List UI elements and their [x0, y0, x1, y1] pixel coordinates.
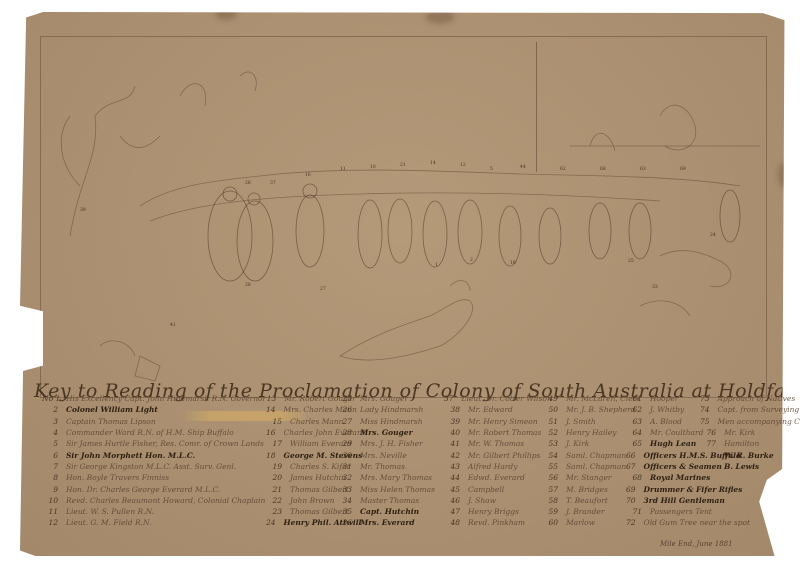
- svg-text:16: 16: [305, 172, 311, 178]
- svg-text:12: 12: [460, 162, 466, 168]
- entry-name: Henry Hailey: [566, 428, 617, 437]
- key-column-3: 25Mrs. Gouger 26Lady Hindmarsh 27Miss Hi…: [336, 393, 436, 529]
- entry-name: Mrs. Everard: [360, 518, 415, 527]
- entry-number: 17: [266, 439, 282, 448]
- entry-name: Mr. Stanger: [566, 473, 612, 482]
- entry-name: Approach of Natives: [718, 394, 796, 403]
- entry-name: Miss Helen Thomas: [360, 485, 435, 494]
- entry-name: Mrs. Mary Thomas: [360, 473, 432, 482]
- entry-number: 15: [266, 417, 282, 426]
- key-entry: 27Miss Hindmarsh: [336, 416, 436, 427]
- key-column-7: 73Approach of Natives 74Capt. from Surve…: [700, 393, 780, 472]
- entry-number: 21: [266, 485, 282, 494]
- entry-name: Mr. Coulthard: [650, 428, 703, 437]
- svg-text:1: 1: [435, 262, 438, 268]
- entry-name: Old Gum Tree near the spot: [644, 518, 750, 527]
- key-entry: 31Mr. Thomas: [336, 461, 436, 472]
- key-entry: 38Mr. Edward: [444, 404, 544, 415]
- entry-name: J. Smith: [566, 417, 596, 426]
- entry-name: 3rd Hill Gentleman: [644, 496, 725, 505]
- entry-number: 63: [626, 417, 642, 426]
- entry-name: Mr. Kirk: [724, 428, 755, 437]
- signature-note: Mile End, June 1881: [660, 540, 733, 548]
- key-entry: 11Lieut. W. S. Pullen R.N.: [42, 506, 292, 517]
- entry-name: Mrs. Gouger: [360, 394, 408, 403]
- entry-name: Lady Hindmarsh: [360, 405, 423, 414]
- key-entry: 28Mrs. Gouger: [336, 427, 436, 438]
- entry-number: 55: [542, 462, 558, 471]
- svg-text:28: 28: [245, 282, 251, 288]
- entry-name: Marlow: [566, 518, 595, 527]
- entry-name: Colonel William Light: [66, 405, 158, 414]
- key-entry: 69Drummer & Fifer Rifles: [626, 483, 716, 494]
- entry-number: 40: [444, 428, 460, 437]
- key-entry: 6Sir John Morphett Hon. M.L.C.: [42, 449, 292, 460]
- key-entry: 3Captain Thomas Lipson: [42, 416, 292, 427]
- key-entry: 42Mr. Gilbert Phillips: [444, 449, 544, 460]
- entry-number: 46: [444, 496, 460, 505]
- entry-number: 13: [266, 394, 276, 403]
- key-entry: No 1His Excellency Capt. John Hindmarsh …: [42, 393, 292, 404]
- entry-number: 74: [700, 405, 710, 414]
- entry-name: J. Whitby: [650, 405, 684, 414]
- entry-number: 41: [444, 439, 460, 448]
- entry-number: 18: [266, 451, 276, 460]
- entry-name: Revd. Pinkham: [468, 518, 525, 527]
- entry-name: Alfred Hardy: [468, 462, 517, 471]
- key-entry: 75Men accompanying Colonists: [700, 416, 780, 427]
- key-entry: 76Mr. Kirk: [700, 427, 780, 438]
- svg-text:18: 18: [510, 260, 516, 266]
- entry-number: 57: [542, 485, 558, 494]
- entry-name: Sir George Kingston M.L.C. Asst. Surv. G…: [66, 462, 236, 471]
- stain: [778, 162, 792, 188]
- key-list: No 1His Excellency Capt. John Hindmarsh …: [14, 393, 764, 543]
- svg-text:27: 27: [320, 286, 326, 292]
- entry-name: Campbell: [468, 485, 504, 494]
- key-entry: 703rd Hill Gentleman: [626, 495, 716, 506]
- key-entry: 43Alfred Hardy: [444, 461, 544, 472]
- svg-text:21: 21: [400, 162, 406, 168]
- svg-text:5: 5: [490, 166, 493, 172]
- entry-number: 2: [42, 405, 58, 414]
- entry-name: M. Bridges: [566, 485, 608, 494]
- key-entry: 40Mr. Robert Thomas: [444, 427, 544, 438]
- entry-number: 33: [336, 485, 352, 494]
- entry-number: 68: [626, 473, 642, 482]
- stain: [425, 10, 455, 24]
- entry-number: 64: [626, 428, 642, 437]
- svg-text:62: 62: [560, 166, 566, 172]
- entry-number: 52: [542, 428, 558, 437]
- entry-number: 53: [542, 439, 558, 448]
- key-entry: 68Royal Marines: [626, 472, 716, 483]
- key-entry: 10Revd. Charles Beaumont Howard, Colonia…: [42, 495, 292, 506]
- entry-number: 11: [42, 507, 58, 516]
- entry-number: 4: [42, 428, 58, 437]
- entry-name: Hon. Boyle Travers Finniss: [66, 473, 169, 482]
- key-entry: 9Hon. Dr. Charles George Everard M.L.C.: [42, 483, 292, 494]
- entry-number: 43: [444, 462, 460, 471]
- entry-number: 58: [542, 496, 558, 505]
- entry-name: Mr. Henry Simeon: [468, 417, 538, 426]
- entry-name: Hamilton: [724, 439, 759, 448]
- svg-text:69: 69: [680, 166, 686, 172]
- key-entry: 71Passengers Tent: [626, 506, 716, 517]
- entry-number: 50: [542, 405, 558, 414]
- key-entry: 72Old Gum Tree near the spot: [626, 517, 716, 528]
- entry-number: 28: [336, 428, 352, 437]
- key-entry: 47Henry Briggs: [444, 506, 544, 517]
- entry-number: 65: [626, 439, 642, 448]
- entry-number: 23: [266, 507, 282, 516]
- entry-number: 5: [42, 439, 58, 448]
- key-entry: 39Mr. Henry Simeon: [444, 416, 544, 427]
- entry-number: 9: [42, 485, 58, 494]
- entry-name: Lieut. G. M. Field R.N.: [66, 518, 152, 527]
- entry-number: 12: [42, 518, 58, 527]
- key-entry: 46J. Shaw: [444, 495, 544, 506]
- entry-number: 20: [266, 473, 282, 482]
- entry-number: 76: [700, 428, 716, 437]
- key-entry: 33Miss Helen Thomas: [336, 483, 436, 494]
- key-column-1: No 1His Excellency Capt. John Hindmarsh …: [42, 393, 292, 529]
- key-entry: 73Approach of Natives: [700, 393, 780, 404]
- key-entry: 5Sir James Hurtle Fisher, Res. Comr. of …: [42, 438, 292, 449]
- entry-number: 38: [444, 405, 460, 414]
- entry-number: 24: [266, 518, 276, 527]
- entry-number: 48: [444, 518, 460, 527]
- entry-name: Mrs. Gouger: [360, 428, 413, 437]
- entry-name: Mr. Edward: [468, 405, 513, 414]
- stain: [215, 8, 237, 20]
- svg-text:2: 2: [470, 257, 473, 263]
- entry-name: Mr. Gilbert Phillips: [468, 451, 540, 460]
- entry-number: 60: [542, 518, 558, 527]
- entry-name: Miss Hindmarsh: [360, 417, 423, 426]
- svg-text:24: 24: [710, 232, 716, 238]
- entry-number: 72: [626, 518, 636, 527]
- entry-number: 30: [336, 451, 352, 460]
- key-entry: 32Mrs. Mary Thomas: [336, 472, 436, 483]
- entry-number: 69: [626, 485, 636, 494]
- entry-number: 37: [444, 394, 454, 403]
- entry-number: 45: [444, 485, 460, 494]
- entry-number: 25: [336, 394, 352, 403]
- svg-text:25: 25: [628, 258, 634, 264]
- entry-number: 61: [626, 394, 642, 403]
- entry-number: 10: [42, 496, 58, 505]
- entry-name: Commander Ward R.N. of H.M. Ship Buffalo: [66, 428, 234, 437]
- entry-number: 62: [626, 405, 642, 414]
- entry-name: Lieut. Dr. Cotter Wilson: [462, 394, 552, 403]
- entry-number: 49: [542, 394, 558, 403]
- entry-name: Mr. Robert Thomas: [468, 428, 541, 437]
- svg-text:63: 63: [640, 166, 646, 172]
- key-entry: 36Mrs. Everard: [336, 517, 436, 528]
- entry-name: Revd. Charles Beaumont Howard, Colonial …: [66, 496, 265, 505]
- key-entry: 26Lady Hindmarsh: [336, 404, 436, 415]
- entry-name: Mr. W. Thomas: [468, 439, 524, 448]
- key-entry: 25Mrs. Gouger: [336, 393, 436, 404]
- entry-number: 26: [336, 405, 352, 414]
- entry-number: 14: [266, 405, 276, 414]
- key-entry: 7Sir George Kingston M.L.C. Asst. Surv. …: [42, 461, 292, 472]
- entry-name: Lieut. W. S. Pullen R.N.: [66, 507, 154, 516]
- entry-name: Hooper: [650, 394, 678, 403]
- entry-number: 32: [336, 473, 352, 482]
- svg-text:37: 37: [270, 180, 276, 186]
- entry-name: Capt. Hutchin: [360, 507, 419, 516]
- key-entry: 29Mrs. J. H. Fisher: [336, 438, 436, 449]
- entry-number: 51: [542, 417, 558, 426]
- entry-number: 56: [542, 473, 558, 482]
- key-entry: 44Edwd. Everard: [444, 472, 544, 483]
- key-entry: 37Lieut. Dr. Cotter Wilson: [444, 393, 544, 404]
- proclamation-sketch: 263716 111021 14125 446268 6369 28271 21…: [40, 36, 765, 396]
- entry-number: 44: [444, 473, 460, 482]
- entry-name: Saml. Chapman: [566, 451, 626, 460]
- entry-number: 7: [42, 462, 58, 471]
- key-entry: 41Mr. W. Thomas: [444, 438, 544, 449]
- entry-number: 77: [700, 439, 716, 448]
- entry-number: 59: [542, 507, 558, 516]
- entry-number: 42: [444, 451, 460, 460]
- entry-number: 29: [336, 439, 352, 448]
- entry-number: 3: [42, 417, 58, 426]
- entry-number: 71: [626, 507, 642, 516]
- entry-name: Royal Marines: [650, 473, 710, 482]
- entry-name: J. Brander: [566, 507, 604, 516]
- entry-number: 35: [336, 507, 352, 516]
- entry-name: Capt. from Surveying: [718, 405, 800, 414]
- svg-text:44: 44: [520, 164, 526, 170]
- key-entry: 77Hamilton: [700, 438, 780, 449]
- key-entry: 4Commander Ward R.N. of H.M. Ship Buffal…: [42, 427, 292, 438]
- key-column-4: 37Lieut. Dr. Cotter Wilson 38Mr. Edward …: [444, 393, 544, 529]
- entry-name: J. Kirk: [566, 439, 589, 448]
- entry-name: Mrs. Neville: [360, 451, 407, 460]
- entry-number: 16: [266, 428, 276, 437]
- entry-name: T. Beaufort: [566, 496, 608, 505]
- key-entry: W. R. Burke: [700, 449, 780, 460]
- entry-name: Drummer & Fifer Rifles: [644, 485, 743, 494]
- entry-number: 70: [626, 496, 636, 505]
- entry-number: 34: [336, 496, 352, 505]
- entry-number: 27: [336, 417, 352, 426]
- entry-name: His Excellency Capt. John Hindmarsh R.N.…: [66, 394, 266, 403]
- entry-number: 8: [42, 473, 58, 482]
- entry-number: 75: [700, 417, 710, 426]
- entry-name: Passengers Tent: [650, 507, 712, 516]
- key-entry: 2Colonel William Light: [42, 404, 292, 415]
- entry-name: Edwd. Everard: [468, 473, 525, 482]
- entry-name: Saml. Chapman: [566, 462, 626, 471]
- entry-number: No 1: [42, 394, 58, 403]
- key-entry: B. Lewis: [700, 461, 780, 472]
- svg-text:10: 10: [370, 164, 376, 170]
- entry-name: W. R. Burke: [724, 451, 774, 460]
- key-entry: 34Master Thomas: [336, 495, 436, 506]
- entry-name: Men accompanying Colonists: [718, 417, 800, 426]
- entry-name: Hugh Lean: [650, 439, 696, 448]
- entry-number: 39: [444, 417, 460, 426]
- key-entry: 30Mrs. Neville: [336, 449, 436, 460]
- entry-number: 54: [542, 451, 558, 460]
- svg-text:26: 26: [245, 180, 251, 186]
- svg-text:11: 11: [340, 166, 346, 172]
- key-entry: 45Campbell: [444, 483, 544, 494]
- entry-number: 19: [266, 462, 282, 471]
- key-entry: 48Revd. Pinkham: [444, 517, 544, 528]
- entry-number: 67: [626, 462, 636, 471]
- key-entry: 35Capt. Hutchin: [336, 506, 436, 517]
- entry-number: 73: [700, 394, 710, 403]
- entry-name: B. Lewis: [724, 462, 759, 471]
- key-entry: 74Capt. from Surveying: [700, 404, 780, 415]
- entry-number: 47: [444, 507, 460, 516]
- entry-name: Mrs. J. H. Fisher: [360, 439, 423, 448]
- entry-number: 6: [42, 451, 58, 460]
- entry-name: Henry Briggs: [468, 507, 519, 516]
- entry-number: 22: [266, 496, 282, 505]
- entry-name: Captain Thomas Lipson: [66, 417, 156, 426]
- entry-number: 31: [336, 462, 352, 471]
- entry-name: J. Shaw: [468, 496, 496, 505]
- svg-text:41: 41: [170, 322, 176, 328]
- entry-number: 36: [336, 518, 352, 527]
- entry-name: Master Thomas: [360, 496, 419, 505]
- key-entry: 8Hon. Boyle Travers Finniss: [42, 472, 292, 483]
- entry-name: Hon. Dr. Charles George Everard M.L.C.: [66, 485, 220, 494]
- entry-name: Sir James Hurtle Fisher, Res. Comr. of C…: [66, 439, 264, 448]
- entry-name: Mr. Thomas: [360, 462, 405, 471]
- entry-number: 66: [626, 451, 636, 460]
- entry-name: A. Blood: [650, 417, 682, 426]
- entry-name: John Brown: [290, 496, 334, 505]
- svg-text:14: 14: [430, 160, 436, 166]
- key-entry: 12Lieut. G. M. Field R.N.: [42, 517, 292, 528]
- svg-text:33: 33: [652, 284, 658, 290]
- svg-text:68: 68: [600, 166, 606, 172]
- entry-name: Sir John Morphett Hon. M.L.C.: [66, 451, 195, 460]
- svg-text:39: 39: [80, 207, 86, 213]
